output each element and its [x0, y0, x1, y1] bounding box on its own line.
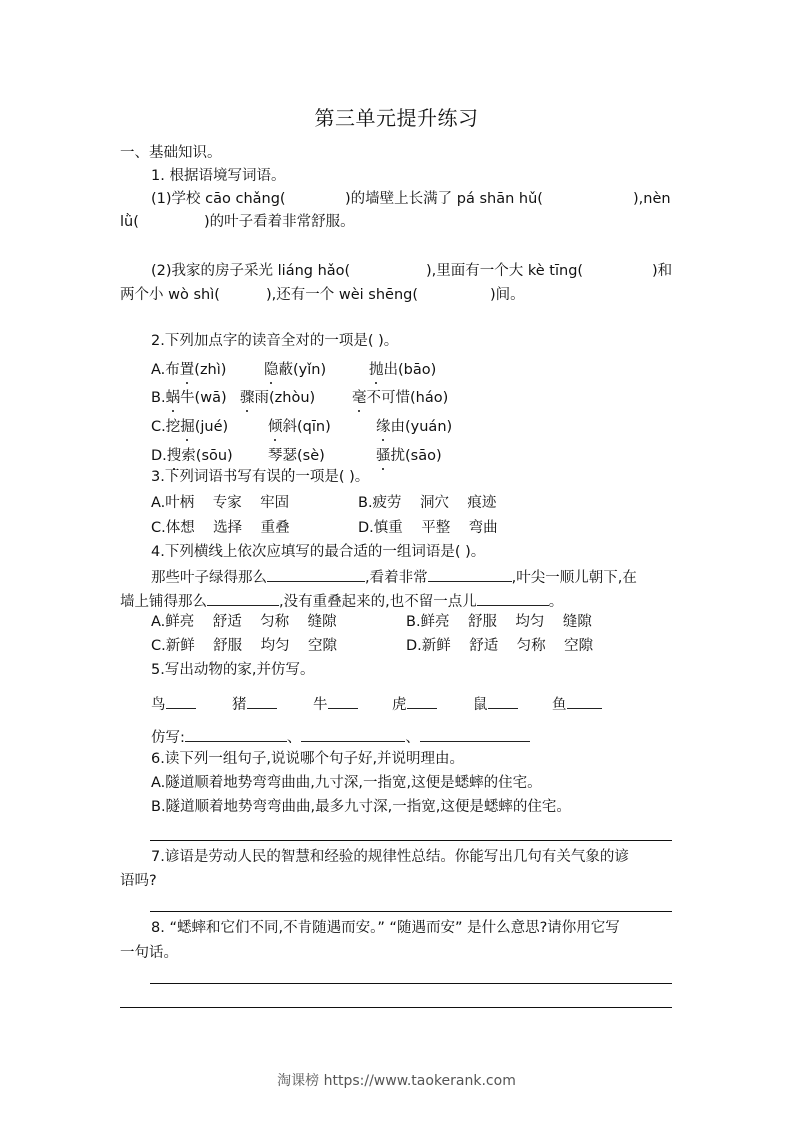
q2-option-b-2: 骤雨(zhòu): [240, 388, 315, 408]
q1-part2-text-a: (2)我家的房子采光 liáng hǎo(: [151, 261, 350, 281]
q4-option-a: A.鲜亮 舒适 匀称 缝隙: [151, 612, 337, 632]
q5-animal-pig: 猪: [232, 693, 277, 715]
q7-answer-line[interactable]: [150, 911, 672, 912]
q6-sentence-b: B.隧道顺着地势弯弯曲曲,最多九寸深,一指宽,这便是蟋蟀的住宅。: [151, 797, 571, 817]
q5-imitate-blank-3[interactable]: [420, 726, 530, 742]
q5-animal-mouse: 鼠: [473, 693, 518, 715]
q7-prompt-line2: 语吗?: [120, 871, 157, 891]
q6-sentence-a: A.隧道顺着地势弯弯曲曲,九寸深,一指宽,这便是蟋蟀的住宅。: [151, 773, 542, 793]
q2-option-c-2: 倾斜(qīn): [268, 417, 331, 437]
q5-blank-mouse[interactable]: [488, 693, 518, 709]
q4-option-b: B.鲜亮 舒服 均匀 缝隙: [406, 612, 592, 632]
q5-animal-tiger: 虎: [392, 693, 437, 715]
q3-option-a: A.叶柄 专家 牢固: [151, 493, 289, 513]
q8-prompt-line1: 8. “蟋蟀和它们不同,不肯随遇而安。” “随遇而安” 是什么意思?请你用它写: [151, 918, 620, 938]
q5-animal-cow: 牛: [313, 693, 358, 715]
q2-option-d: D.搜索(sōu): [151, 446, 233, 466]
q1-part1-text-c: ),nèn: [633, 189, 671, 209]
q1-part2-text-c: )和: [652, 261, 672, 281]
section-heading-basics: 一、基础知识。: [120, 143, 222, 163]
q8-prompt-line2: 一句话。: [120, 943, 178, 963]
q1-part2-text-d: 两个小 wò shì(: [120, 285, 220, 305]
q2-option-a-2: 隐蔽(yǐn): [264, 360, 326, 380]
q5-blank-pig[interactable]: [247, 693, 277, 709]
footer-watermark: 淘课榜 https://www.taokerank.com: [0, 1070, 793, 1090]
q2-option-c: C.挖掘(jué): [151, 417, 228, 437]
q5-prompt: 5.写出动物的家,并仿写。: [151, 660, 314, 680]
q5-animal-bird: 鸟: [151, 693, 196, 715]
q4-passage-line2: 墙上铺得那么,没有重叠起来的,也不留一点儿。: [120, 590, 563, 612]
q1-prompt: 1. 根据语境写词语。: [151, 166, 285, 186]
q5-imitate-row: 仿写:、、: [151, 726, 530, 748]
q3-option-c: C.体想 选择 重叠: [151, 518, 290, 538]
q5-imitate-blank-2[interactable]: [301, 726, 405, 742]
q5-blank-fish[interactable]: [567, 693, 602, 709]
q1-part2-text-b: ),里面有一个大 kè tīng(: [426, 261, 583, 281]
q4-option-c: C.新鲜 舒服 均匀 空隙: [151, 636, 337, 656]
q2-option-d-2: 琴瑟(sè): [268, 446, 325, 466]
q3-option-d: D.慎重 平整 弯曲: [358, 518, 498, 538]
q5-animal-fish: 鱼: [552, 693, 602, 715]
q2-option-a-3: 抛出(bāo): [369, 360, 436, 380]
page-title: 第三单元提升练习: [0, 105, 793, 131]
q8-answer-line-2[interactable]: [120, 1007, 672, 1008]
q2-option-d-3: 骚扰(sāo): [376, 446, 442, 466]
q4-blank-1[interactable]: [267, 566, 365, 582]
q2-option-c-3: 缘由(yuán): [376, 417, 452, 437]
q4-option-d: D.新鲜 舒适 匀称 空隙: [406, 636, 593, 656]
q6-prompt: 6.读下列一组句子,说说哪个句子好,并说明理由。: [151, 749, 464, 769]
q2-option-a: A.布置(zhì): [151, 360, 226, 380]
q4-passage-line1: 那些叶子绿得那么,看着非常,叶尖一顺儿朝下,在: [151, 566, 637, 588]
q5-blank-cow[interactable]: [328, 693, 358, 709]
q2-option-b-3: 毫不可惜(háo): [352, 388, 448, 408]
q4-blank-3[interactable]: [207, 590, 279, 606]
q1-part2-text-f: )间。: [490, 285, 525, 305]
q2-prompt: 2.下列加点字的读音全对的一项是( )。: [151, 331, 398, 351]
q2-option-b: B.蜗牛(wā): [151, 388, 227, 408]
q1-part1-text-b: )的墙壁上长满了 pá shān hǔ(: [345, 189, 543, 209]
q5-imitate-blank-1[interactable]: [185, 726, 287, 742]
q1-part1-text-a: (1)学校 cāo chǎng(: [151, 189, 286, 209]
q5-blank-bird[interactable]: [166, 693, 196, 709]
q8-answer-line-1[interactable]: [150, 983, 672, 984]
q7-prompt-line1: 7.谚语是劳动人民的智慧和经验的规律性总结。你能写出几句有关气象的谚: [151, 847, 629, 867]
q4-blank-4[interactable]: [477, 590, 549, 606]
q3-option-b: B.疲劳 洞穴 痕迹: [358, 493, 496, 513]
q1-part1-text-e: )的叶子看着非常舒服。: [204, 212, 355, 232]
q4-blank-2[interactable]: [428, 566, 512, 582]
q6-answer-line[interactable]: [150, 840, 672, 841]
q4-prompt: 4.下列横线上依次应填写的最合适的一组词语是( )。: [151, 542, 485, 562]
q1-part1-text-d: lǜ(: [120, 212, 139, 232]
q5-blank-tiger[interactable]: [407, 693, 437, 709]
q1-part2-text-e: ),还有一个 wèi shēng(: [266, 285, 418, 305]
q3-prompt: 3.下列词语书写有误的一项是( )。: [151, 467, 369, 487]
